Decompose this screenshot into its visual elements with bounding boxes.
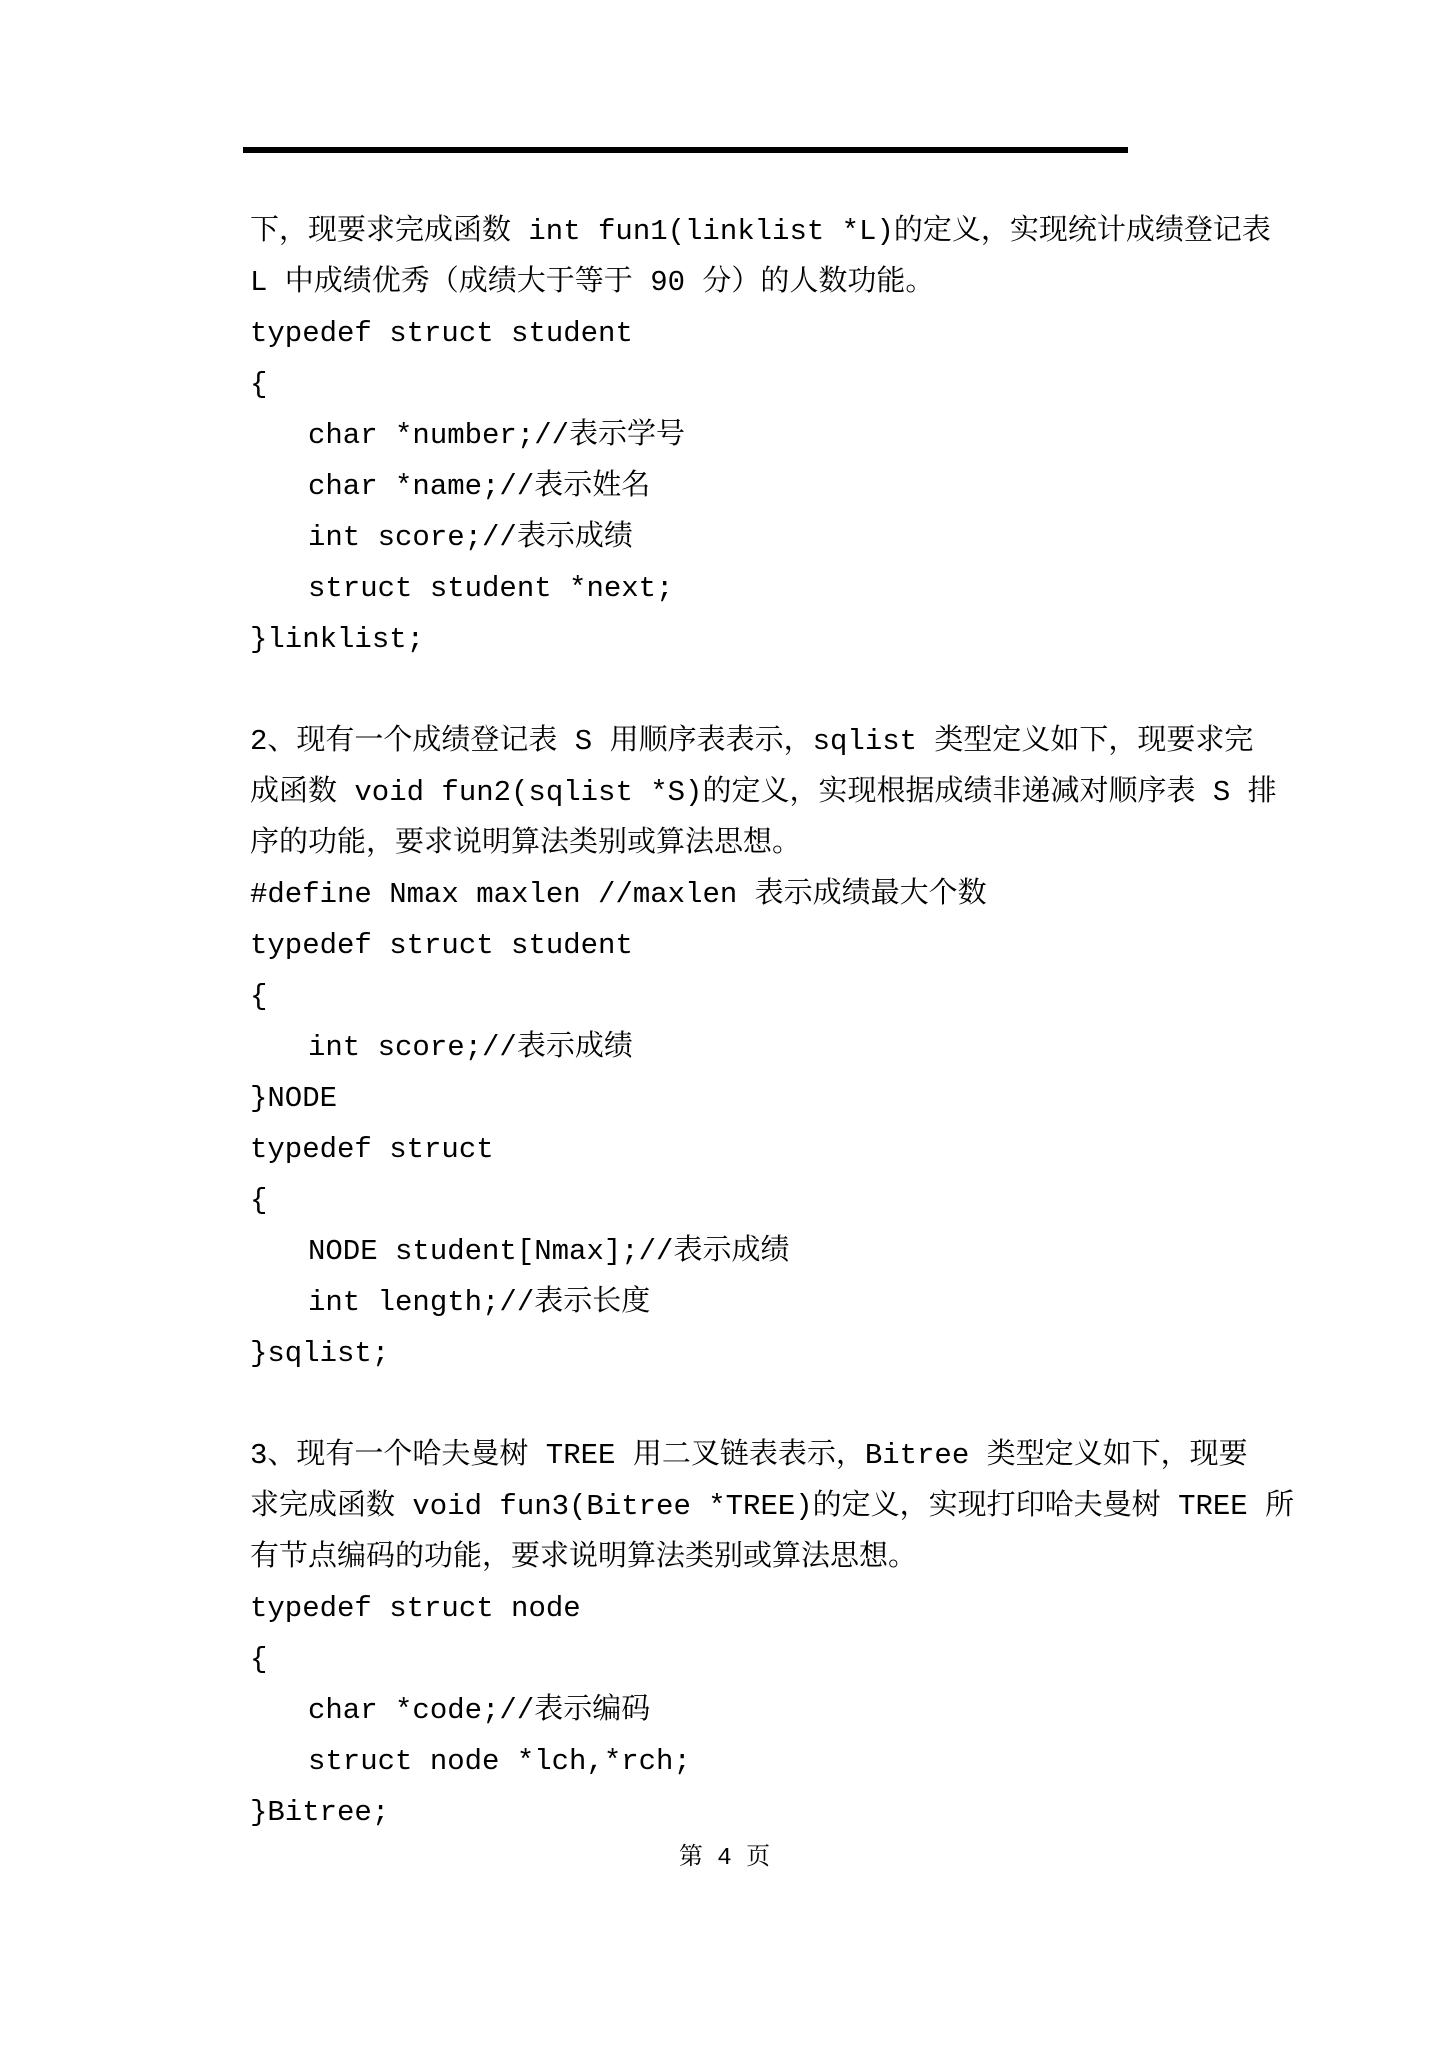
code-line: }Bitree; <box>250 1787 1250 1838</box>
code-line: typedef struct student <box>250 308 1250 359</box>
paragraph-line: 求完成函数 void fun3(Bitree *TREE)的定义，实现打印哈夫曼… <box>250 1481 1250 1532</box>
code-line: { <box>250 971 1250 1022</box>
code-line: char *number;//表示学号 <box>250 410 1250 461</box>
code-line: #define Nmax maxlen //maxlen 表示成绩最大个数 <box>250 869 1250 920</box>
code-line: typedef struct student <box>250 920 1250 971</box>
code-line: struct student *next; <box>250 563 1250 614</box>
document-content: 下，现要求完成函数 int fun1(linklist *L)的定义，实现统计成… <box>250 206 1250 1838</box>
code-line: { <box>250 1634 1250 1685</box>
code-line: typedef struct <box>250 1124 1250 1175</box>
code-line: char *name;//表示姓名 <box>250 461 1250 512</box>
code-line: int score;//表示成绩 <box>250 512 1250 563</box>
paragraph-line: 下，现要求完成函数 int fun1(linklist *L)的定义，实现统计成… <box>250 206 1250 257</box>
paragraph-line: 2、现有一个成绩登记表 S 用顺序表表示，sqlist 类型定义如下，现要求完 <box>250 716 1250 767</box>
page-number: 第 4 页 <box>0 1842 1449 1876</box>
paragraph-line: 有节点编码的功能，要求说明算法类别或算法思想。 <box>250 1532 1250 1583</box>
paragraph-line: 3、现有一个哈夫曼树 TREE 用二叉链表表示，Bitree 类型定义如下，现要 <box>250 1430 1250 1481</box>
code-line: NODE student[Nmax];//表示成绩 <box>250 1226 1250 1277</box>
code-line: int length;//表示长度 <box>250 1277 1250 1328</box>
code-line: typedef struct node <box>250 1583 1250 1634</box>
paragraph-line: 成函数 void fun2(sqlist *S)的定义，实现根据成绩非递减对顺序… <box>250 767 1250 818</box>
code-line: char *code;//表示编码 <box>250 1685 1250 1736</box>
paragraph-line: 序的功能，要求说明算法类别或算法思想。 <box>250 818 1250 869</box>
code-line: { <box>250 359 1250 410</box>
code-line: struct node *lch,*rch; <box>250 1736 1250 1787</box>
code-line: { <box>250 1175 1250 1226</box>
code-line: }NODE <box>250 1073 1250 1124</box>
code-line: }sqlist; <box>250 1328 1250 1379</box>
code-line: }linklist; <box>250 614 1250 665</box>
code-line: int score;//表示成绩 <box>250 1022 1250 1073</box>
paragraph-line: L 中成绩优秀（成绩大于等于 90 分）的人数功能。 <box>250 257 1250 308</box>
header-divider-rule <box>243 147 1128 153</box>
document-page: 下，现要求完成函数 int fun1(linklist *L)的定义，实现统计成… <box>0 0 1449 2046</box>
